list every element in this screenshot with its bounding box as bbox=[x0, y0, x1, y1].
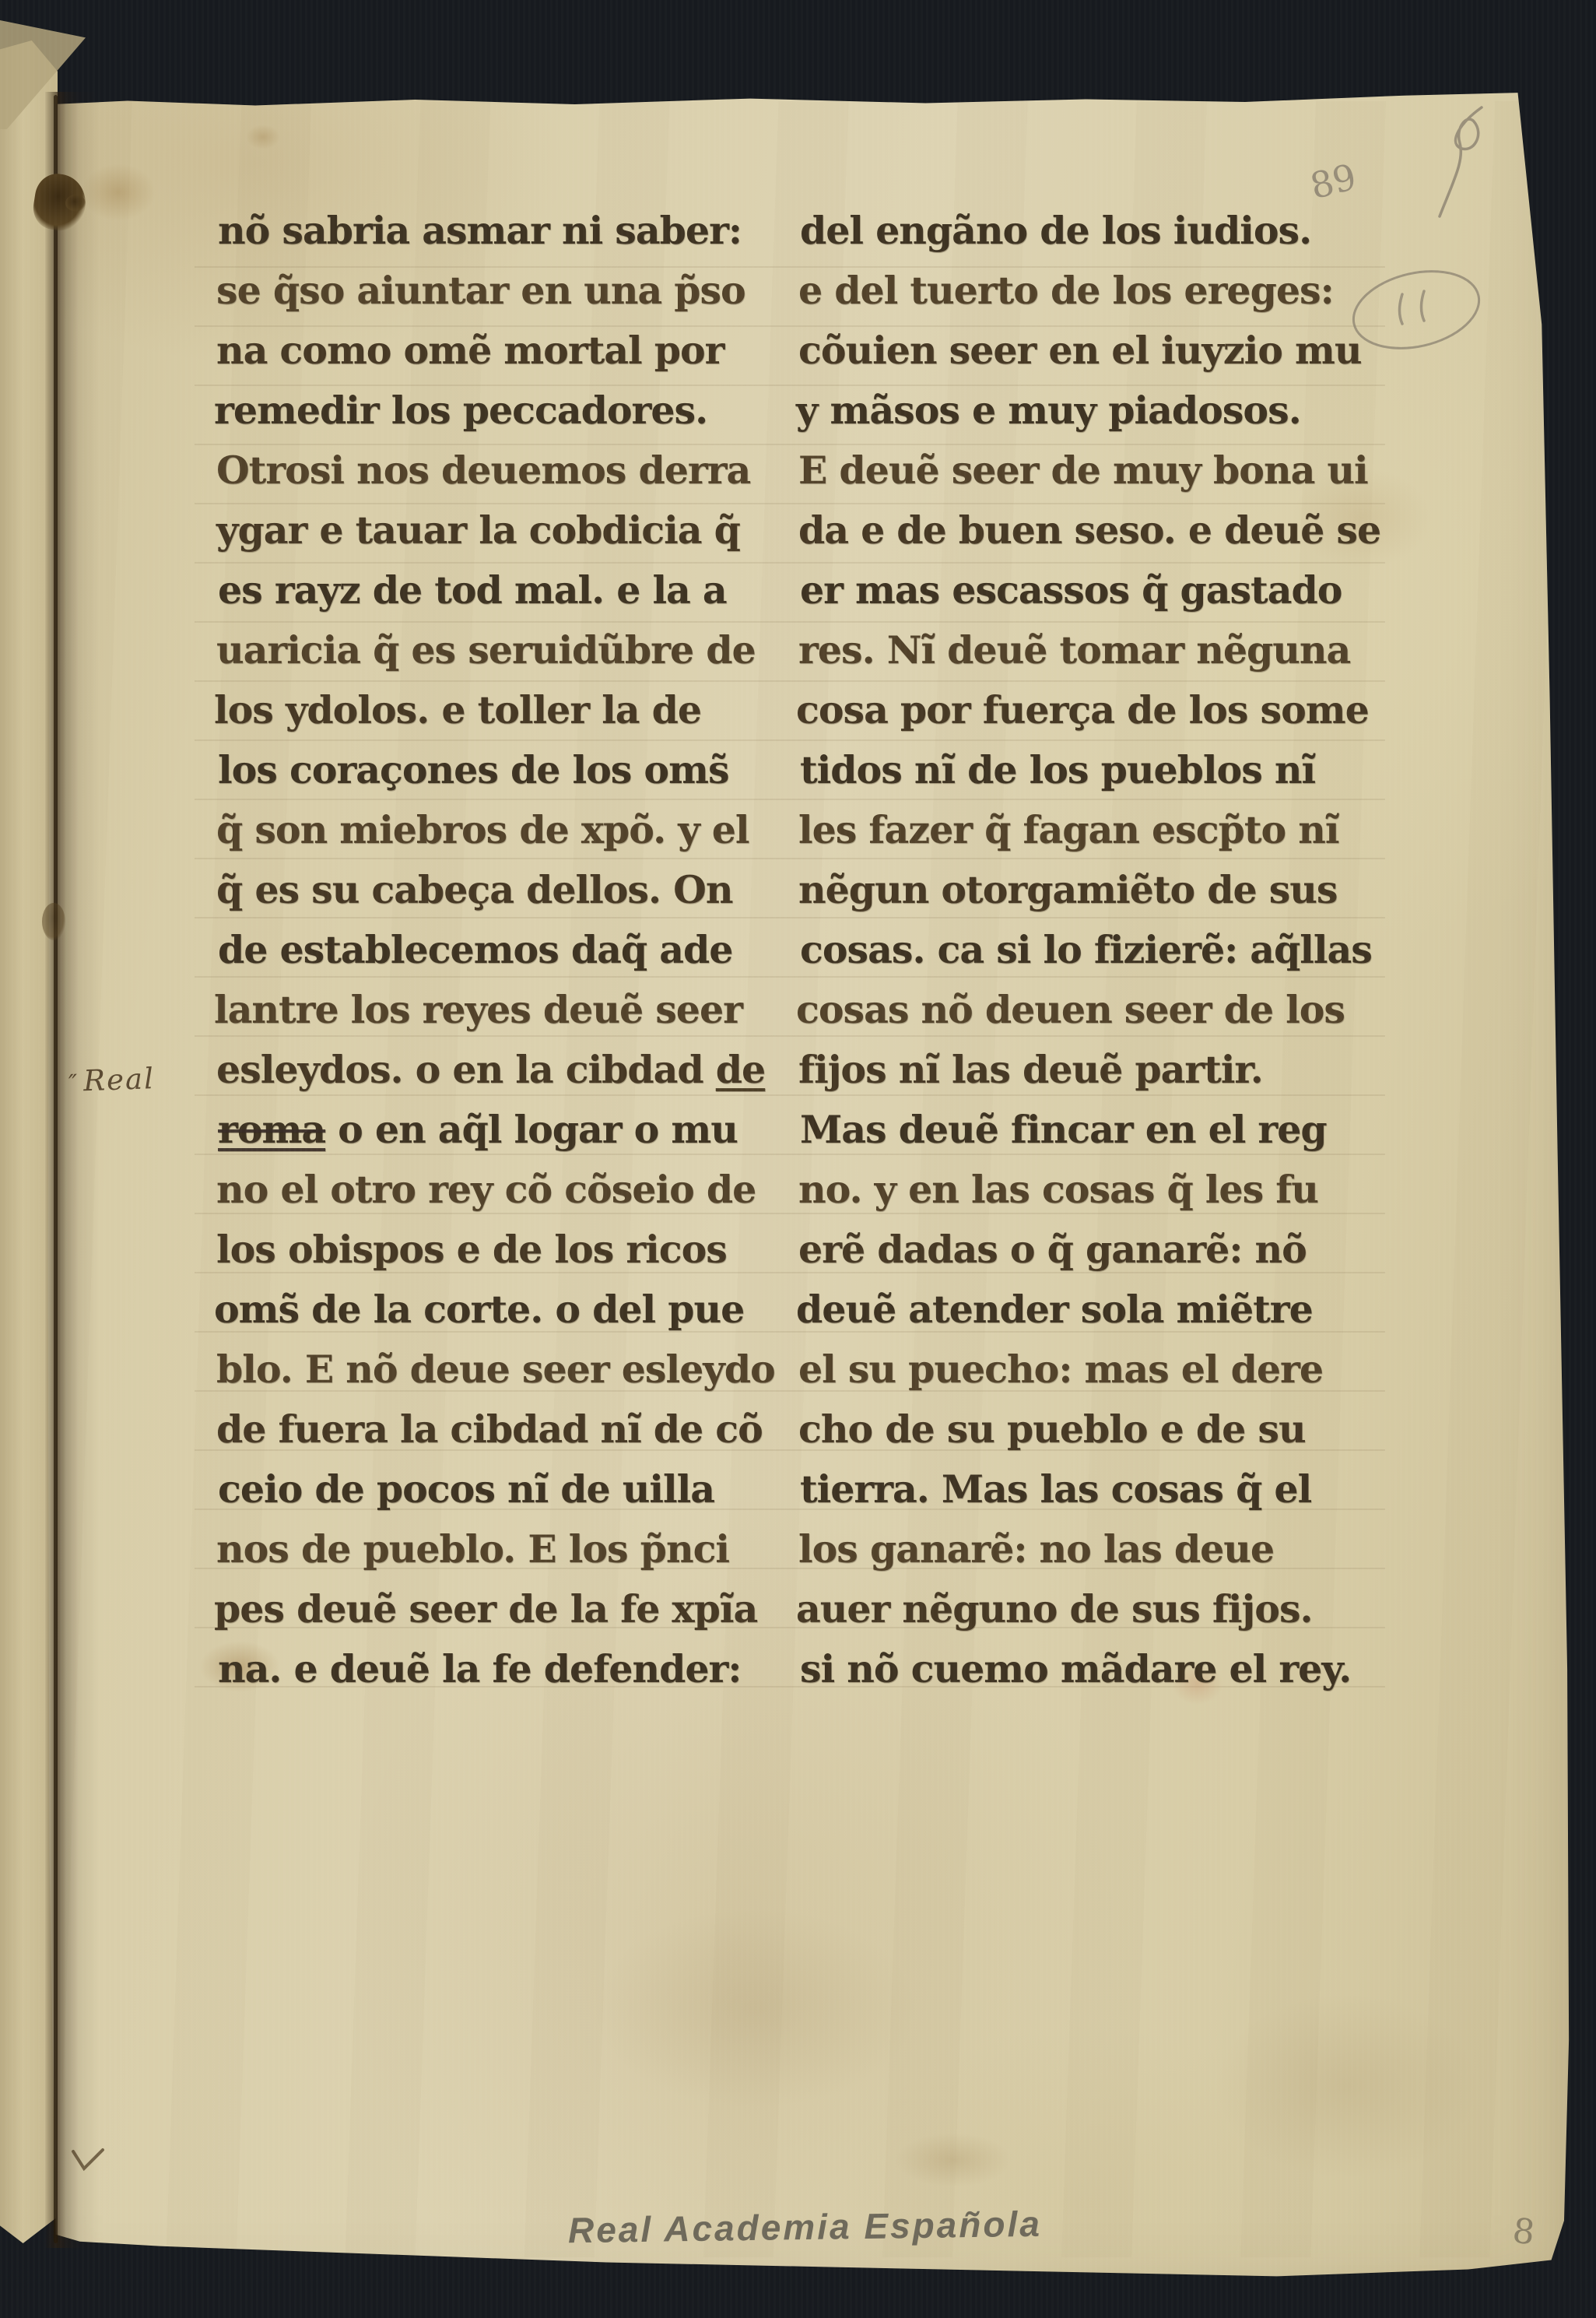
manuscript-line: e del tuerto de los ereges: bbox=[798, 261, 1390, 321]
text-segment: no el otro rey cõ cõseio de bbox=[216, 1167, 756, 1212]
text-segment: blo. E nõ deue seer esleydo bbox=[216, 1347, 775, 1392]
manuscript-line: tierra. Mas las cosas q̃ el bbox=[800, 1459, 1391, 1519]
manuscript-line: pes deuẽ seer de la fe xpĩa bbox=[214, 1579, 743, 1639]
text-segment: na como omẽ mortal por bbox=[216, 328, 724, 373]
manuscript-line: Otrosi nos deuemos derra bbox=[216, 441, 745, 500]
text-segment: er mas escassos q̃ gastado bbox=[800, 567, 1342, 613]
manuscript-line: nẽgun otorgamiẽto de sus bbox=[798, 860, 1390, 920]
underlined-word: de bbox=[716, 1047, 765, 1092]
manuscript-line: cosas. ca si lo fizierẽ: aq̃llas bbox=[800, 920, 1391, 980]
manuscript-line: los ydolos. e toller la de bbox=[214, 680, 743, 740]
manuscript-line: auer nẽguno de sus fijos. bbox=[796, 1579, 1387, 1639]
manuscript-line: Mas deuẽ fincar en el reg bbox=[800, 1100, 1391, 1160]
right-text-column: del engãno de los iudios. e del tuerto d… bbox=[798, 201, 1390, 1699]
text-segment: esleydos. o en la cibdad bbox=[216, 1047, 716, 1092]
manuscript-line: nos de pueblo. E los p̃nci bbox=[216, 1519, 745, 1579]
stain bbox=[246, 125, 280, 149]
watermark-caption: Real Academia Española bbox=[568, 2203, 1043, 2251]
text-segment: cõuien seer en el iuyzio mu bbox=[798, 328, 1362, 373]
struck-word: roma bbox=[218, 1107, 325, 1152]
manuscript-line: ceio de pocos nĩ de uilla bbox=[218, 1459, 747, 1519]
text-segment: o en aq̃l logar o mu bbox=[325, 1107, 738, 1152]
text-segment: Otrosi nos deuemos derra bbox=[216, 448, 750, 493]
text-segment: tidos nĩ de los pueblos nĩ bbox=[800, 747, 1315, 792]
manuscript-line: cho de su pueblo e de su bbox=[798, 1400, 1390, 1459]
stain bbox=[591, 1907, 918, 2109]
manuscript-line: de fuera la cibdad nĩ de cõ bbox=[216, 1400, 745, 1459]
manuscript-line: q̃ son miebros de xpõ. y el bbox=[216, 800, 745, 860]
margin-note-tick: ″ bbox=[68, 1070, 76, 1098]
text-segment: es rayz de tod mal. e la a bbox=[218, 567, 727, 613]
text-segment: cosa por fuerça de los some bbox=[796, 687, 1369, 732]
stain bbox=[1214, 1993, 1478, 2179]
text-segment: el su puecho: mas el dere bbox=[798, 1347, 1323, 1392]
text-segment: q̃ son miebros de xpõ. y el bbox=[216, 807, 749, 852]
manuscript-line: el su puecho: mas el dere bbox=[798, 1340, 1390, 1400]
manuscript-line: oms̃ de la corte. o del pue bbox=[214, 1280, 743, 1340]
manuscript-line: q̃ es su cabeça dellos. On bbox=[216, 860, 745, 920]
text-segment: tierra. Mas las cosas q̃ el bbox=[800, 1466, 1311, 1512]
manuscript-line: no el otro rey cõ cõseio de bbox=[216, 1160, 745, 1220]
text-segment: e del tuerto de los ereges: bbox=[798, 268, 1334, 313]
manuscript-line: no. y en las cosas q̃ les fu bbox=[798, 1160, 1390, 1220]
manuscript-line: los coraçones de los oms̃ bbox=[218, 740, 747, 800]
manuscript-line: cõuien seer en el iuyzio mu bbox=[798, 321, 1390, 381]
text-segment: les fazer q̃ fagan escp̃to nĩ bbox=[798, 807, 1338, 852]
text-segment: Mas deuẽ fincar en el reg bbox=[800, 1107, 1327, 1152]
manuscript-line: les fazer q̃ fagan escp̃to nĩ bbox=[798, 800, 1390, 860]
manuscript-line: lantre los reyes deuẽ seer bbox=[214, 980, 743, 1040]
manuscript-line: tidos nĩ de los pueblos nĩ bbox=[800, 740, 1391, 800]
manuscript-line: del engãno de los iudios. bbox=[800, 201, 1391, 261]
text-segment: pes deuẽ seer de la fe xpĩa bbox=[214, 1586, 757, 1631]
folio-number: 8 bbox=[1510, 2211, 1537, 2253]
manuscript-line: fijos nĩ las deuẽ partir. bbox=[798, 1040, 1390, 1100]
manuscript-line: es rayz de tod mal. e la a bbox=[218, 560, 747, 620]
manuscript-line: remedir los peccadores. bbox=[214, 381, 743, 441]
manuscript-line: deuẽ atender sola miẽtre bbox=[796, 1280, 1387, 1340]
manuscript-line: cosas nõ deuen seer de los bbox=[796, 980, 1387, 1040]
stain bbox=[81, 163, 156, 221]
stain bbox=[895, 2133, 1012, 2187]
binding-stitch-mark bbox=[70, 2147, 107, 2175]
manuscript-line: erẽ dadas o q̃ ganarẽ: nõ bbox=[798, 1220, 1390, 1280]
text-segment: si nõ cuemo mãdare el rey. bbox=[800, 1646, 1351, 1691]
manuscript-line: da e de buen seso. e deuẽ se bbox=[798, 500, 1390, 560]
pencil-number: 89 bbox=[1306, 156, 1360, 208]
text-segment: los obispos e de los ricos bbox=[216, 1227, 727, 1272]
manuscript-line: esleydos. o en la cibdad de bbox=[216, 1040, 745, 1100]
text-segment: q̃ es su cabeça dellos. On bbox=[216, 867, 732, 912]
manuscript-line: ygar e tauar la cobdicia q̃ bbox=[216, 500, 745, 560]
pencil-circled-number bbox=[1340, 254, 1496, 371]
text-segment: nẽgun otorgamiẽto de sus bbox=[798, 867, 1338, 912]
binding-crease bbox=[54, 95, 58, 2243]
text-segment: remedir los peccadores. bbox=[214, 388, 707, 433]
text-segment: erẽ dadas o q̃ ganarẽ: nõ bbox=[798, 1227, 1307, 1272]
text-segment: cho de su pueblo e de su bbox=[798, 1407, 1306, 1452]
text-segment: da e de buen seso. e deuẽ se bbox=[798, 508, 1380, 553]
text-segment: res. Nĩ deuẽ tomar nẽguna bbox=[798, 627, 1350, 673]
text-segment: de fuera la cibdad nĩ de cõ bbox=[216, 1407, 763, 1452]
left-text-column: nõ sabria asmar ni saber: se q̃so aiunta… bbox=[216, 201, 745, 1699]
text-segment: del engãno de los iudios. bbox=[800, 208, 1311, 253]
text-segment: auer nẽguno de sus fijos. bbox=[796, 1586, 1313, 1631]
manuscript-line: los obispos e de los ricos bbox=[216, 1220, 745, 1280]
text-segment: uaricia q̃ es seruidũbre de bbox=[216, 627, 756, 673]
manuscript-line: roma o en aq̃l logar o mu bbox=[218, 1100, 747, 1160]
text-segment: cosas nõ deuen seer de los bbox=[796, 987, 1345, 1032]
text-segment: los ydolos. e toller la de bbox=[214, 687, 701, 732]
text-segment: nos de pueblo. E los p̃nci bbox=[216, 1526, 729, 1572]
margin-note-text: Real bbox=[82, 1062, 155, 1098]
text-segment: na. e deuẽ la fe defender: bbox=[218, 1646, 741, 1691]
manuscript-line: de establecemos daq̃ ade bbox=[218, 920, 747, 980]
manuscript-line: nõ sabria asmar ni saber: bbox=[218, 201, 747, 261]
manuscript-line: er mas escassos q̃ gastado bbox=[800, 560, 1391, 620]
pencil-flourish bbox=[1430, 100, 1524, 224]
text-segment: cosas. ca si lo fizierẽ: aq̃llas bbox=[800, 927, 1372, 972]
binding-stitch-knot bbox=[65, 195, 86, 212]
text-segment: ygar e tauar la cobdicia q̃ bbox=[216, 508, 740, 553]
text-segment: los coraçones de los oms̃ bbox=[218, 747, 729, 792]
manuscript-line: na. e deuẽ la fe defender: bbox=[218, 1639, 747, 1699]
text-segment: ceio de pocos nĩ de uilla bbox=[218, 1466, 714, 1512]
text-segment: y mãsos e muy piadosos. bbox=[796, 388, 1301, 433]
manuscript-line: si nõ cuemo mãdare el rey. bbox=[800, 1639, 1391, 1699]
text-segment: de establecemos daq̃ ade bbox=[218, 927, 732, 972]
text-segment: deuẽ atender sola miẽtre bbox=[796, 1287, 1313, 1332]
manuscript-line: na como omẽ mortal por bbox=[216, 321, 745, 381]
text-segment: se q̃so aiuntar en una p̃so bbox=[216, 268, 745, 313]
text-segment: lantre los reyes deuẽ seer bbox=[214, 987, 742, 1032]
parchment-page: nõ sabria asmar ni saber: se q̃so aiunta… bbox=[0, 0, 1596, 2318]
manuscript-line: E deuẽ seer de muy bona ui bbox=[798, 441, 1390, 500]
manuscript-line: uaricia q̃ es seruidũbre de bbox=[216, 620, 745, 680]
manuscript-line: los ganarẽ: no las deue bbox=[798, 1519, 1390, 1579]
manuscript-line: res. Nĩ deuẽ tomar nẽguna bbox=[798, 620, 1390, 680]
text-segment: no. y en las cosas q̃ les fu bbox=[798, 1167, 1318, 1212]
manuscript-line: se q̃so aiuntar en una p̃so bbox=[216, 261, 745, 321]
text-segment: E deuẽ seer de muy bona ui bbox=[798, 448, 1368, 493]
text-segment: fijos nĩ las deuẽ partir. bbox=[798, 1047, 1263, 1092]
manuscript-line: y mãsos e muy piadosos. bbox=[796, 381, 1387, 441]
text-segment: nõ sabria asmar ni saber: bbox=[218, 208, 742, 253]
binding-stitch-knot bbox=[42, 903, 65, 940]
manuscript-scan: nõ sabria asmar ni saber: se q̃so aiunta… bbox=[0, 0, 1596, 2318]
manuscript-line: cosa por fuerça de los some bbox=[796, 680, 1387, 740]
margin-note: ″Real bbox=[68, 1062, 155, 1098]
manuscript-line: blo. E nõ deue seer esleydo bbox=[216, 1340, 745, 1400]
text-segment: oms̃ de la corte. o del pue bbox=[214, 1287, 744, 1332]
text-segment: los ganarẽ: no las deue bbox=[798, 1526, 1274, 1572]
